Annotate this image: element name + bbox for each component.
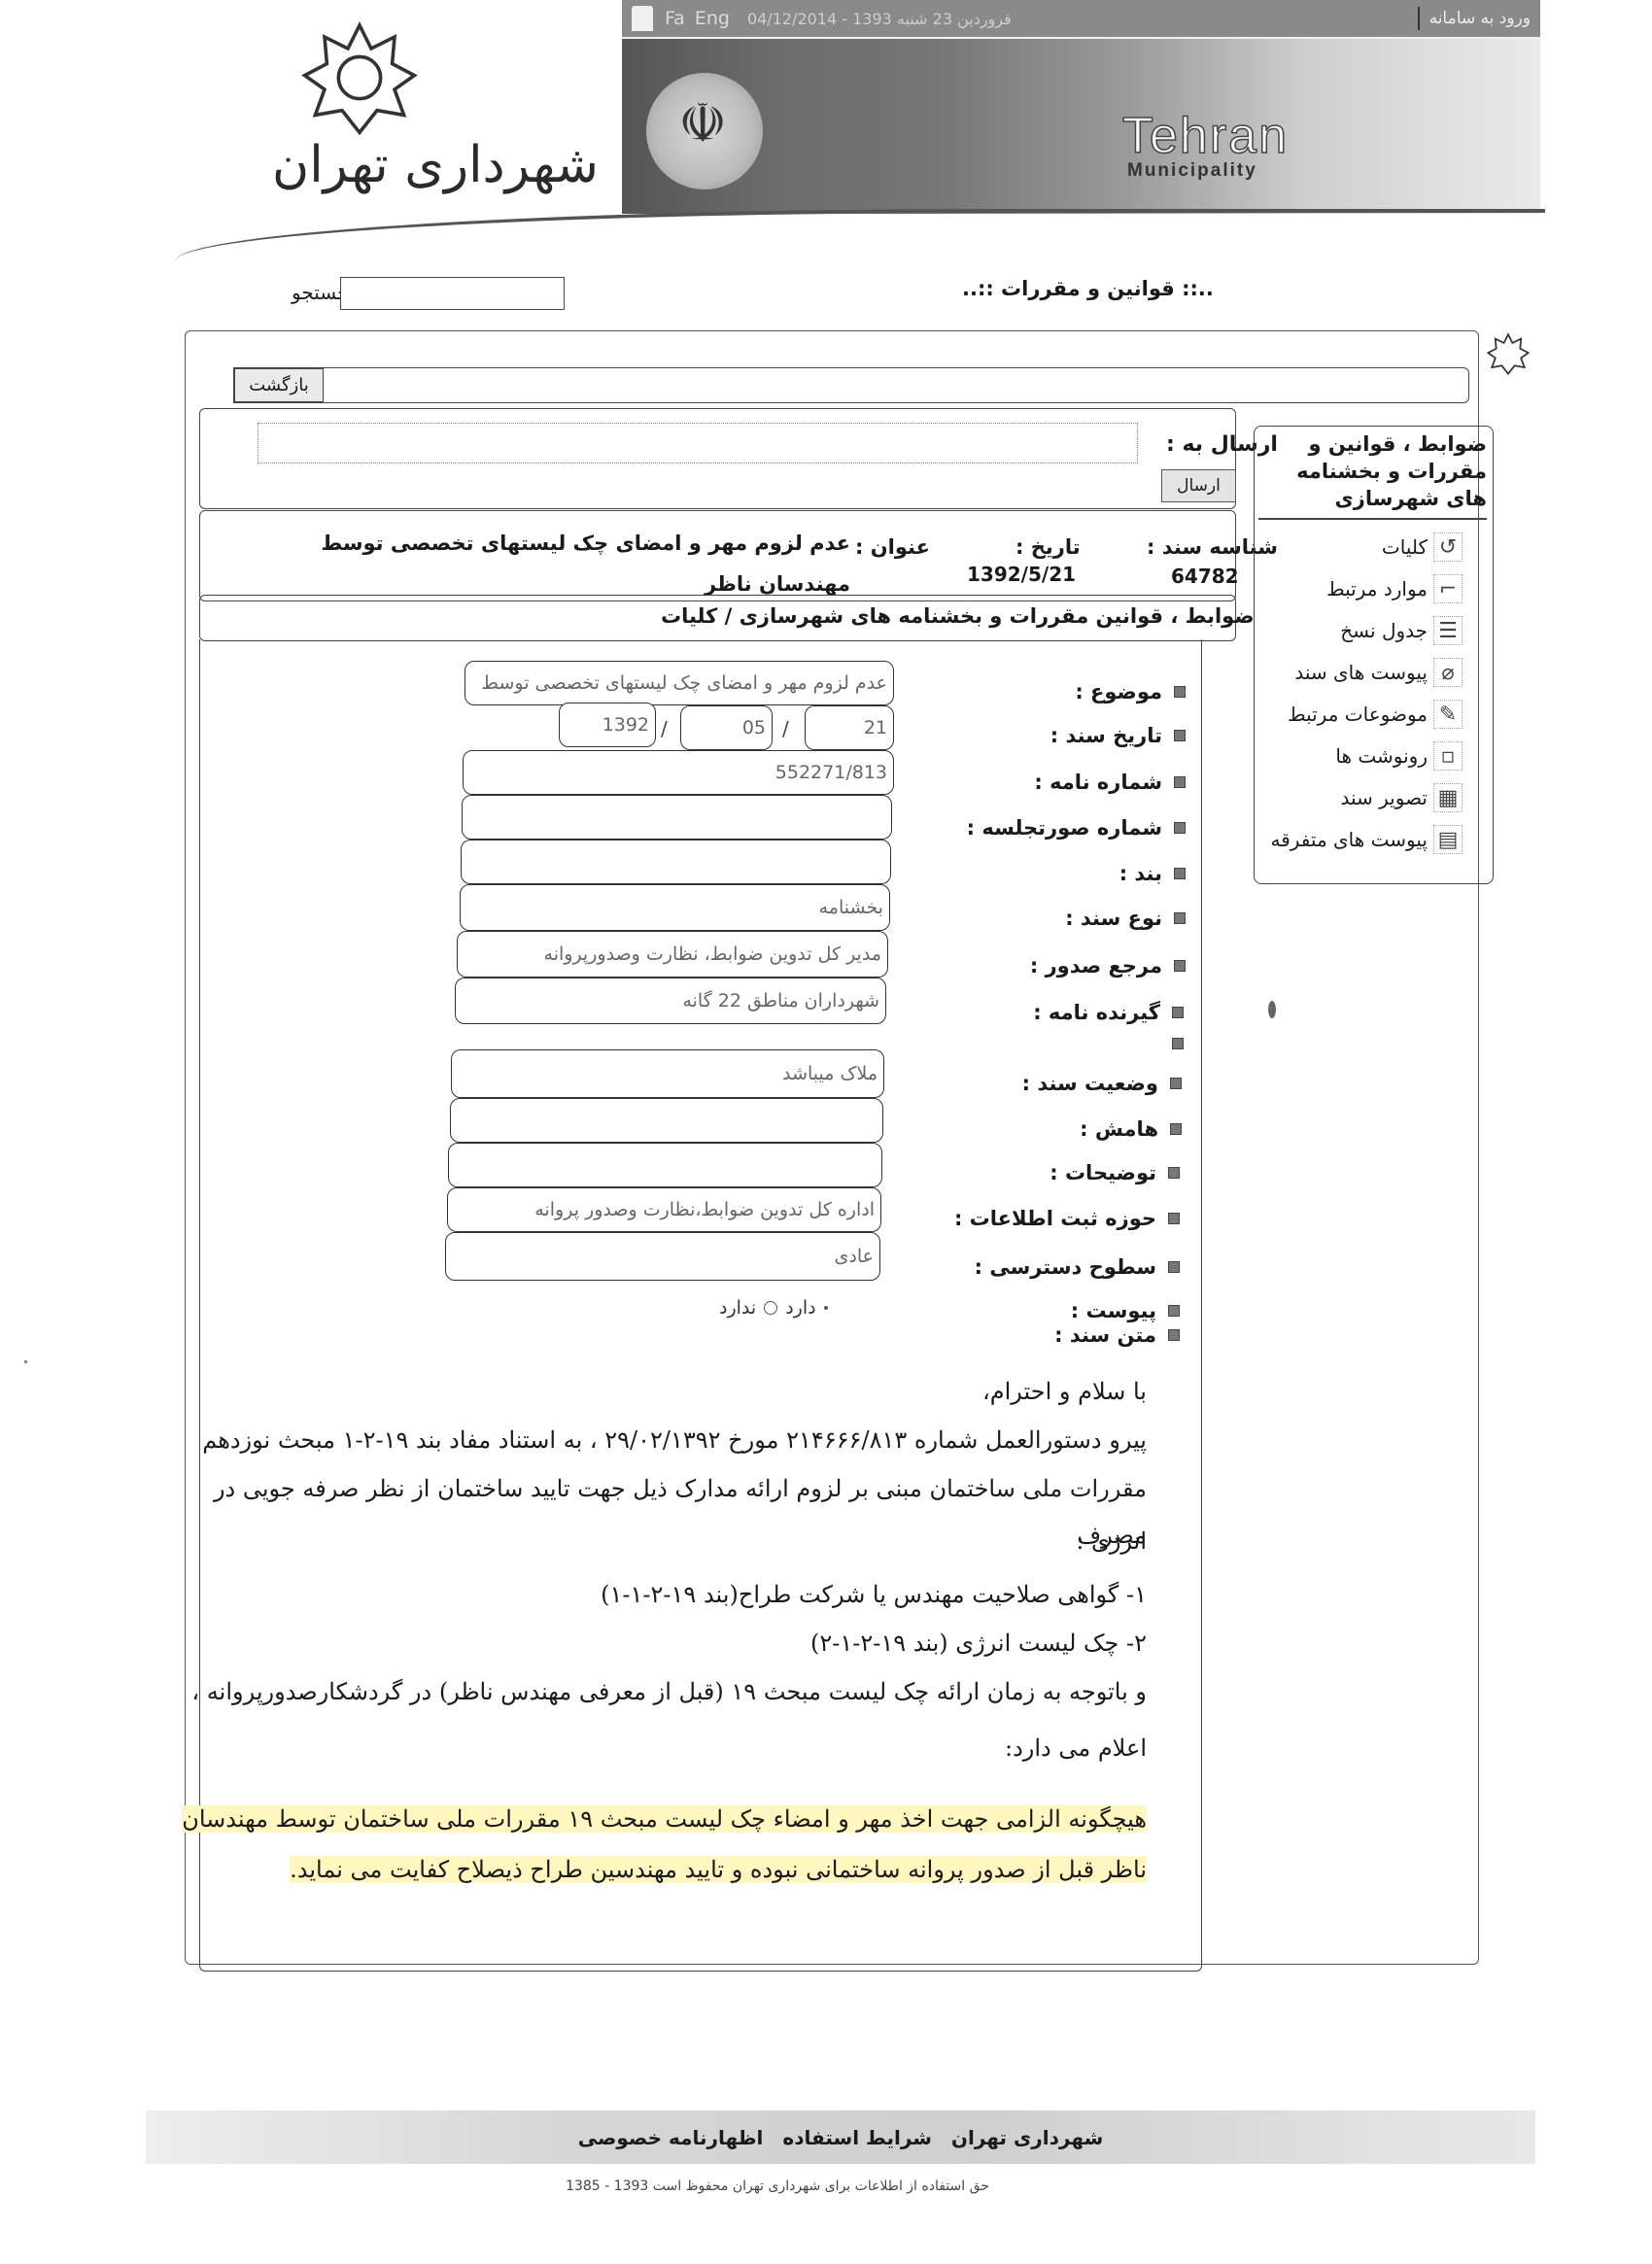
sidebar-item-repeal-table[interactable]: ☰جدول نسخ: [1340, 616, 1463, 645]
bullet-icon: [1168, 1305, 1180, 1317]
scan-artifact: [24, 1360, 27, 1363]
bullet-icon: [1168, 1261, 1180, 1273]
send-button[interactable]: ارسال: [1161, 469, 1236, 502]
sidebar-item-related-cases[interactable]: ⌐موارد مرتبط: [1326, 574, 1463, 603]
doc-text-label: متن سند :: [1054, 1323, 1180, 1347]
doc-date-field-label: تاریخ سند :: [1050, 724, 1186, 747]
bullet-icon: [1174, 686, 1186, 698]
corner-logo-icon: [1487, 330, 1530, 377]
copies-icon: ▫: [1433, 741, 1463, 771]
date-text: 04/12/2014 - 1393 فروردین 23 شنبه: [747, 10, 1012, 28]
iran-emblem-icon: ☫: [678, 92, 727, 155]
search-input[interactable]: [340, 277, 565, 310]
doc-type-field[interactable]: بخشنامه: [460, 884, 890, 931]
radio-has-label: دارد: [785, 1297, 815, 1319]
status-field[interactable]: ملاک میباشد: [451, 1049, 884, 1098]
back-button[interactable]: بازگشت: [234, 368, 324, 402]
minutes-no-field[interactable]: [462, 795, 892, 840]
paperclip-icon: ⌀: [1433, 658, 1463, 687]
bullet-icon: [1168, 1167, 1180, 1179]
body-para3: اعلام می دارد:: [175, 1725, 1147, 1771]
bullet-icon: [1168, 1329, 1180, 1341]
doc-date-label: تاریخ :: [1015, 535, 1081, 559]
doc-type-label: نوع سند :: [1065, 907, 1186, 930]
section-title: ..:: قوانین و مقررات ::..: [962, 277, 1214, 300]
banner-subtitle: Municipality: [1127, 160, 1257, 182]
bullet-icon: [1174, 730, 1186, 741]
margin-label: هامش :: [1080, 1117, 1182, 1141]
related-cases-icon: ⌐: [1433, 574, 1463, 603]
notes-field[interactable]: [448, 1143, 882, 1187]
doc-title-value: عدم لزوم مهر و امضای چک لیستهای تخصصی تو…: [228, 523, 850, 604]
recipient-field[interactable]: شهرداران مناطق 22 گانه: [455, 978, 886, 1024]
issuer-label: مرجع صدور :: [1030, 954, 1186, 978]
highlight-line1: هیچگونه الزامی جهت اخذ مهر و امضاء چک لی…: [175, 1796, 1147, 1842]
bullet-icon: [1174, 912, 1186, 924]
bullet-icon: [1174, 868, 1186, 879]
doc-date-value: 1392/5/21: [967, 563, 1076, 586]
footer-link-municipality[interactable]: شهرداری تهران: [951, 2126, 1103, 2149]
top-bar: Fa Eng 04/12/2014 - 1393 فروردین 23 شنبه…: [622, 0, 1540, 40]
footer: شهرداری تهران شرایط استفاده اظهارنامه خص…: [146, 2110, 1535, 2164]
registry-label: حوزه ثبت اطلاعات :: [954, 1207, 1180, 1230]
login-link[interactable]: ورود به سامانه: [1429, 9, 1531, 28]
image-icon: ▦: [1433, 783, 1463, 812]
bullet-icon: [1174, 822, 1186, 834]
bullet-icon: [1172, 1038, 1184, 1049]
body-item1: ۱- گواهی صلاحیت مهندس یا شرکت طراح(بند ۱…: [175, 1571, 1147, 1618]
body-para2: و باتوجه به زمان ارائه چک لیست مبحث ۱۹ (…: [175, 1668, 1147, 1715]
bullet-icon: [1170, 1123, 1182, 1135]
access-field[interactable]: عادی: [445, 1232, 880, 1281]
clause-field[interactable]: [461, 840, 891, 884]
access-label: سطوح دسترسی :: [975, 1255, 1180, 1279]
radio-none-label: ندارد: [719, 1297, 756, 1319]
margin-field[interactable]: [450, 1098, 883, 1143]
banner-title: Tehran: [1122, 107, 1289, 165]
home-icon[interactable]: [632, 6, 653, 31]
sidebar-item-doc-image[interactable]: ▦تصویر سند: [1341, 783, 1463, 812]
date-month-field[interactable]: 05: [680, 705, 773, 750]
municipality-logo-icon: [301, 19, 418, 136]
doc-title-label: عنوان :: [855, 535, 930, 559]
send-to-input[interactable]: [258, 423, 1138, 463]
bullet-icon: [1174, 776, 1186, 788]
lang-fa-link[interactable]: Fa: [665, 8, 685, 29]
sidebar-title: ضوابط ، قوانین و مقررات و بخشنامه های شه…: [1258, 430, 1487, 520]
scan-artifact: [1268, 1001, 1276, 1018]
bullet-icon: [1168, 1213, 1180, 1224]
misc-attachments-icon: ▤: [1433, 825, 1463, 854]
recipient-label: گیرنده نامه :: [1033, 1001, 1184, 1024]
back-bar: [233, 367, 1469, 403]
letter-no-label: شماره نامه :: [1034, 771, 1186, 794]
attachment-label: پیوست :: [1071, 1299, 1180, 1322]
letter-no-field[interactable]: 552271/813: [463, 750, 894, 795]
banner: ☫ Tehran Municipality: [622, 39, 1540, 214]
sidebar-item-copies[interactable]: ▫رونوشت ها: [1335, 741, 1463, 771]
footer-link-privacy[interactable]: اظهارنامه خصوصی: [578, 2126, 764, 2149]
bullet-icon: [1170, 1078, 1182, 1089]
empty-row: [1172, 1038, 1184, 1049]
copyright: حق استفاده از اطلاعات برای شهرداری تهران…: [0, 2178, 1555, 2194]
radio-has[interactable]: [824, 1306, 828, 1310]
registry-field[interactable]: اداره کل تدوین ضوابط،نظارت وصدور پروانه: [447, 1187, 881, 1232]
doc-id-value: 64782: [1171, 565, 1239, 588]
subject-label: موضوع :: [1075, 680, 1186, 703]
body-item2: ۲- چک لیست انرژی (بند ۱۹-۲-۱-۲): [175, 1620, 1147, 1666]
notes-label: توضیحات :: [1050, 1161, 1180, 1184]
attachment-radio-group: دارد ندارد: [719, 1297, 828, 1319]
bullet-icon: [1172, 1007, 1184, 1018]
table-icon: ☰: [1433, 616, 1463, 645]
date-separator: /: [661, 717, 668, 740]
logo-text: شهرداری تهران: [272, 136, 599, 194]
body-para1-line1: پیرو دستورالعمل شماره ۲۱۴۶۶۶/۸۱۳ مورخ ۲۹…: [175, 1417, 1147, 1463]
subject-field[interactable]: عدم لزوم مهر و امضای چک لیستهای تخصصی تو…: [465, 661, 894, 705]
sidebar-item-related-topics[interactable]: ✎موضوعات مرتبط: [1288, 700, 1463, 729]
related-topics-icon: ✎: [1433, 700, 1463, 729]
date-day-field[interactable]: 21: [805, 705, 894, 750]
body-para1-line3: انرژی :: [175, 1518, 1147, 1564]
sidebar-item-general[interactable]: ↺کلیات: [1382, 532, 1463, 562]
footer-link-terms[interactable]: شرایط استفاده: [782, 2126, 932, 2149]
breadcrumb: ضوابط ، قوانین مقررات و بخشنامه های شهرس…: [661, 604, 1255, 628]
divider: [1418, 7, 1420, 30]
general-icon: ↺: [1433, 532, 1463, 562]
date-year-field[interactable]: 1392: [559, 703, 656, 747]
header-divider: [175, 209, 1545, 261]
highlight-line2: ناظر قبل از صدور پروانه ساختمانی نبوده و…: [175, 1846, 1147, 1893]
greeting: با سلام و احترام،: [175, 1368, 1147, 1415]
issuer-field[interactable]: مدیر کل تدوین ضوابط، نظارت وصدورپروانه: [457, 931, 888, 978]
radio-none[interactable]: [764, 1301, 777, 1315]
sidebar-item-attachments[interactable]: ⌀پیوست های سند: [1294, 658, 1463, 687]
status-label: وضعیت سند :: [1022, 1072, 1182, 1095]
lang-en-link[interactable]: Eng: [695, 8, 730, 29]
minutes-no-label: شماره صورتجلسه :: [967, 816, 1186, 840]
date-separator: /: [782, 717, 789, 740]
sidebar-item-misc-attachments[interactable]: ▤پیوست های متفرقه: [1270, 825, 1463, 854]
clause-label: بند :: [1119, 862, 1186, 885]
bullet-icon: [1174, 960, 1186, 972]
